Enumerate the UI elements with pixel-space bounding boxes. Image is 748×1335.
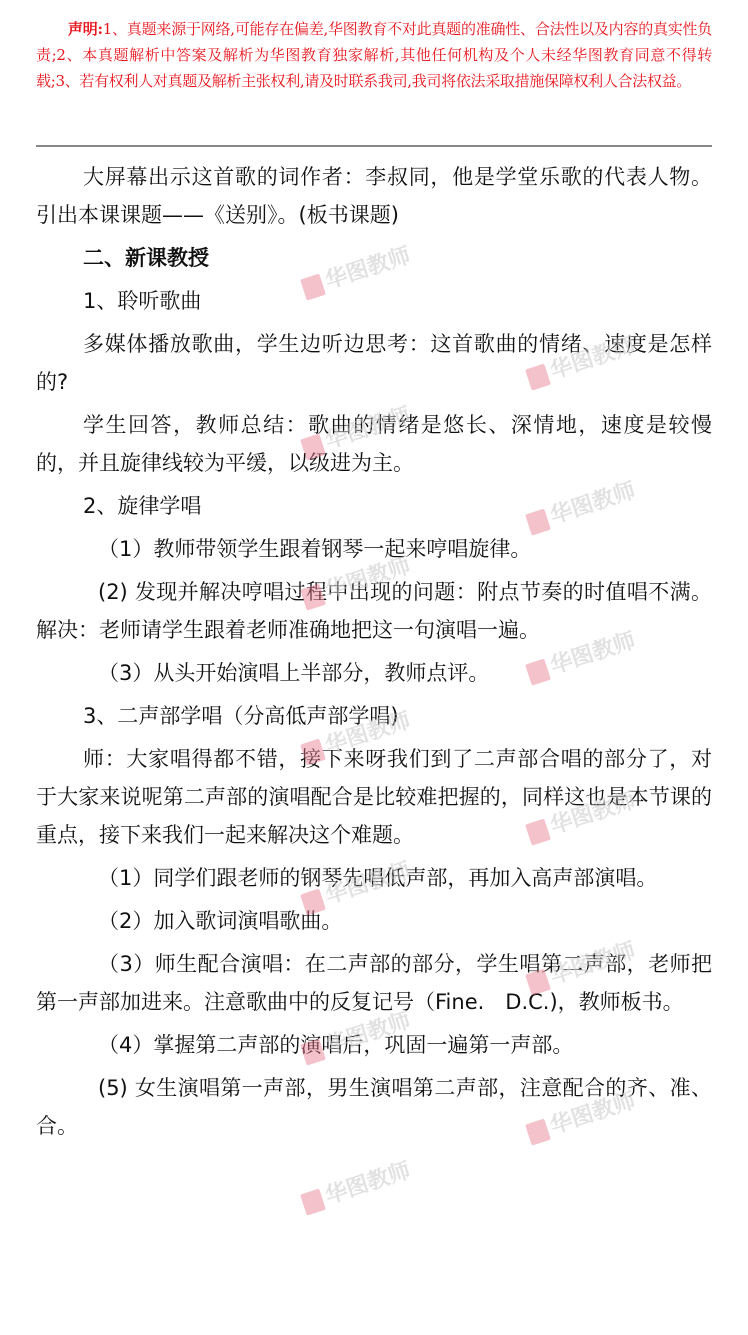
watermark: 华图教师 bbox=[298, 1153, 414, 1217]
subheading-melody: 2、旋律学唱 bbox=[36, 487, 712, 525]
paragraph-listen-question: 多媒体播放歌曲，学生边听边思考：这首歌曲的情绪、速度是怎样的? bbox=[36, 325, 712, 401]
watermark-logo-icon bbox=[300, 1189, 326, 1216]
paragraph-teacher-talk: 师：大家唱得都不错，接下来呀我们到了二声部合唱的部分了，对于大家来说呢第二声部的… bbox=[36, 740, 712, 854]
list-item-melody-3: （3）从头开始演唱上半部分，教师点评。 bbox=[36, 654, 712, 692]
disclaimer-lead: 声明: bbox=[68, 20, 103, 38]
subheading-listen: 1、聆听歌曲 bbox=[36, 282, 712, 320]
section-heading-new-lesson: 二、新课教授 bbox=[36, 239, 712, 277]
disclaimer-text: 1、真题来源于网络,可能存在偏差,华图教育不对此真题的准确性、合法性以及内容的真… bbox=[36, 20, 712, 90]
subheading-two-part: 3、二声部学唱（分高低声部学唱) bbox=[36, 697, 712, 735]
disclaimer: 声明:1、真题来源于网络,可能存在偏差,华图教育不对此真题的准确性、合法性以及内… bbox=[36, 16, 712, 94]
list-item-melody-2: (2) 发现并解决哼唱过程中出现的问题：附点节奏的时值唱不满。解决：老师请学生跟… bbox=[36, 573, 712, 649]
list-item-two-part-5: (5) 女生演唱第一声部，男生演唱第二声部，注意配合的齐、准、合。 bbox=[36, 1069, 712, 1145]
list-item-melody-1: （1）教师带领学生跟着钢琴一起来哼唱旋律。 bbox=[36, 530, 712, 568]
list-item-two-part-1: （1）同学们跟老师的钢琴先唱低声部，再加入高声部演唱。 bbox=[36, 859, 712, 897]
list-item-two-part-2: （2）加入歌词演唱歌曲。 bbox=[36, 902, 712, 940]
document-body: 大屏幕出示这首歌的词作者：李叔同，他是学堂乐歌的代表人物。引出本课课题——《送别… bbox=[36, 158, 712, 1150]
paragraph-intro: 大屏幕出示这首歌的词作者：李叔同，他是学堂乐歌的代表人物。引出本课课题——《送别… bbox=[36, 158, 712, 234]
list-item-two-part-4: （4）掌握第二声部的演唱后，巩固一遍第一声部。 bbox=[36, 1026, 712, 1064]
divider bbox=[36, 145, 712, 147]
list-item-two-part-3: （3）师生配合演唱：在二声部的部分，学生唱第二声部，老师把第一声部加进来。注意歌… bbox=[36, 945, 712, 1021]
paragraph-listen-summary: 学生回答，教师总结：歌曲的情绪是悠长、深情地，速度是较慢的，并且旋律线较为平缓，… bbox=[36, 406, 712, 482]
